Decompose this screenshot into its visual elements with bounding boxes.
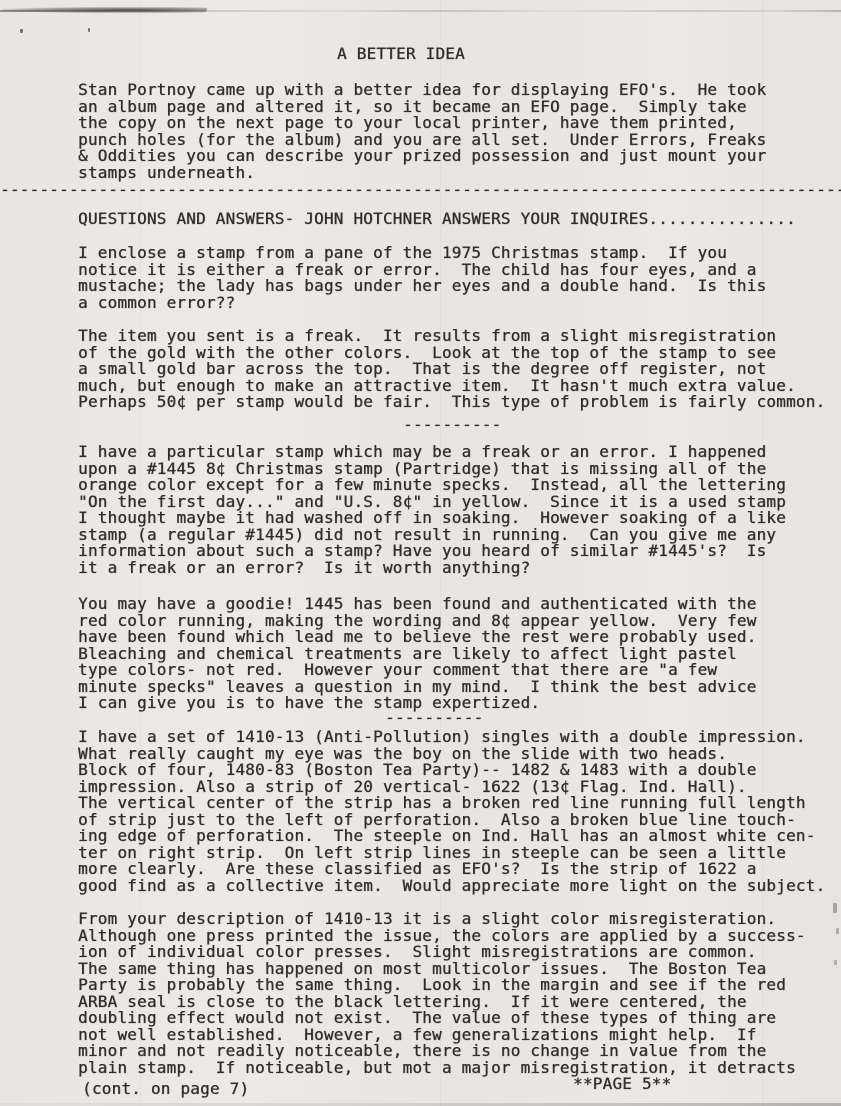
scan-speck bbox=[834, 960, 837, 965]
section-divider-dashed-line: ----------------------------------------… bbox=[0, 182, 841, 199]
scan-artifact-top-line bbox=[0, 10, 841, 12]
question-1: I enclose a stamp from a pane of the 197… bbox=[78, 245, 766, 311]
scan-speck bbox=[836, 928, 839, 934]
intro-paragraph: Stan Portnoy came up with a better idea … bbox=[78, 82, 766, 181]
answer-separator-1: ---------- bbox=[403, 417, 501, 434]
scan-artifact-top-smudge bbox=[1, 7, 208, 13]
answer-1: The item you sent is a freak. It results… bbox=[78, 328, 825, 411]
scan-speck bbox=[88, 28, 90, 32]
answer-separator-2: ---------- bbox=[385, 710, 483, 727]
document-page: A BETTER IDEA Stan Portnoy came up with … bbox=[0, 0, 841, 1106]
scan-speck bbox=[833, 903, 837, 913]
question-3: I have a set of 1410-13 (Anti-Pollution)… bbox=[78, 729, 825, 894]
qa-section-heading: QUESTIONS AND ANSWERS- JOHN HOTCHNER ANS… bbox=[78, 211, 796, 228]
answer-2: You may have a goodie! 1445 has been fou… bbox=[78, 596, 756, 712]
question-2: I have a particular stamp which may be a… bbox=[78, 444, 786, 576]
continuation-note: (cont. on page 7) bbox=[82, 1081, 249, 1098]
page-number: **PAGE 5** bbox=[573, 1076, 671, 1093]
scan-speck bbox=[20, 29, 23, 33]
document-title: A BETTER IDEA bbox=[337, 46, 465, 63]
answer-3: From your description of 1410-13 it is a… bbox=[78, 911, 806, 1076]
